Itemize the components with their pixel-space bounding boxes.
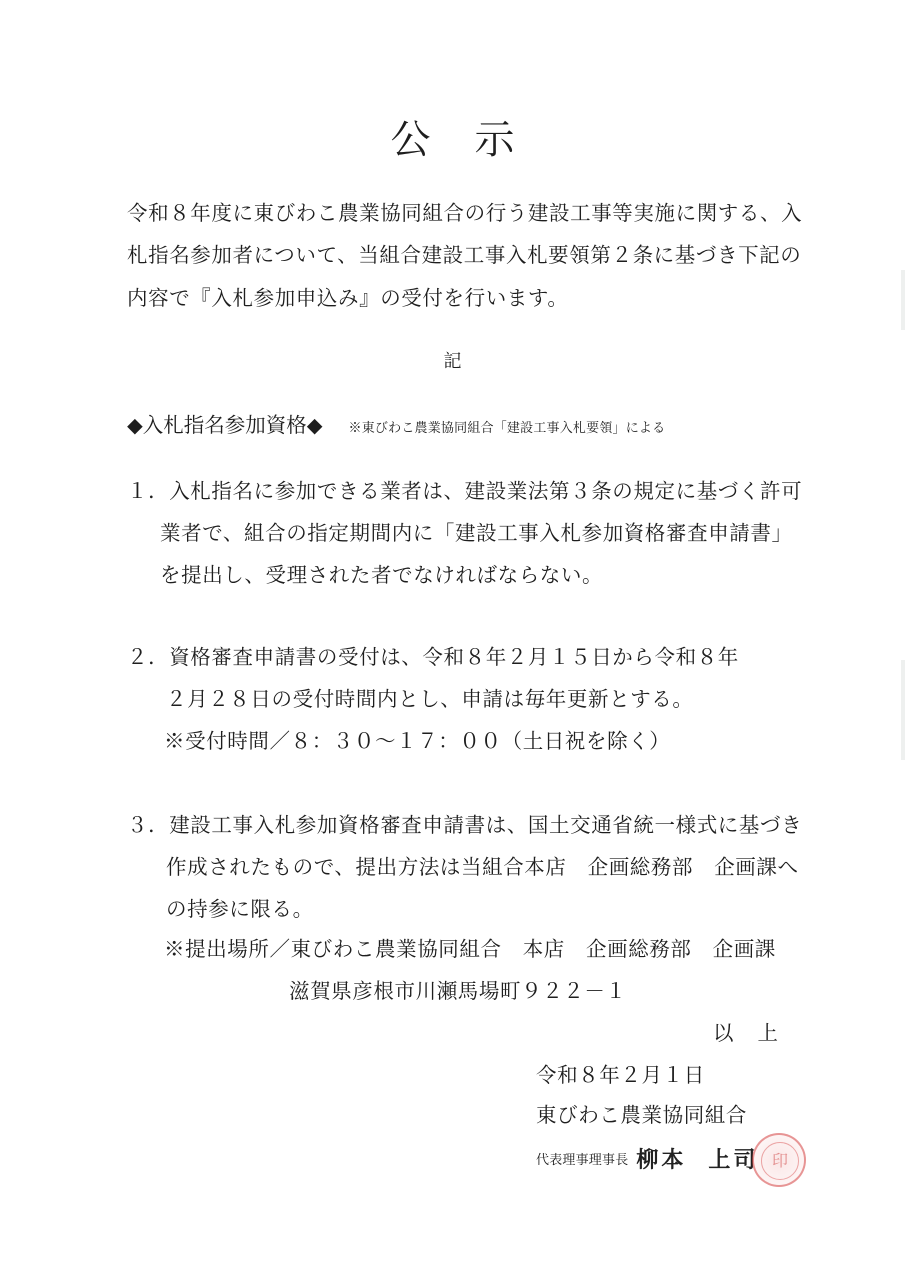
document-page: 公示 令和８年度に東びわこ農業協同組合の行う建設工事等実施に関する、入 札指名参…: [0, 0, 905, 1280]
intro-line-1: 令和８年度に東びわこ農業協同組合の行う建設工事等実施に関する、入: [127, 199, 802, 227]
item-1-line-2: 業者で、組合の指定期間内に「建設工事入札参加資格審査申請書」: [160, 519, 793, 547]
representative-given-name: 上司: [708, 1148, 758, 1173]
representative-surname: 柳本: [636, 1148, 686, 1173]
page-title: 公示: [0, 112, 905, 168]
ki-heading: 記: [0, 350, 905, 374]
item-3-line-2: 作成されたもので、提出方法は当組合本店 企画総務部 企画課へ: [166, 853, 799, 881]
item-2-line-1: ２．資格審査申請書の受付は、令和８年２月１５日から令和８年: [127, 643, 739, 671]
intro-line-2: 札指名参加者について、当組合建設工事入札要領第２条に基づき下記の: [127, 241, 801, 269]
official-seal-icon: 印: [752, 1133, 806, 1187]
submission-location: ※提出場所／東びわこ農業協同組合 本店 企画総務部 企画課: [164, 935, 776, 963]
seal-character: 印: [762, 1143, 798, 1179]
representative-title: 代表理事理事長: [536, 1153, 628, 1168]
section-note: ※東びわこ農業協同組合「建設工事入札要領」による: [349, 421, 666, 436]
item-3-line-1: ３．建設工事入札参加資格審査申請書は、国土交通省統一様式に基づき: [127, 811, 802, 839]
scan-edge-artifact: [901, 660, 905, 760]
signature-organization: 東びわこ農業協同組合: [536, 1101, 747, 1129]
submission-address: 滋賀県彦根市川瀬馬場町９２２－１: [289, 977, 627, 1005]
date-text: 令和８年２月１日: [536, 1061, 705, 1089]
representative-line: 代表理事理事長柳本上司: [536, 1143, 758, 1174]
item-1-line-1: １．入札指名に参加できる業者は、建設業法第３条の規定に基づく許可: [127, 477, 802, 505]
signature-date: 令和８年２月１日: [536, 1061, 705, 1089]
intro-line-3: 内容で『入札参加申込み』の受付を行います。: [127, 284, 568, 312]
item-1-line-3: を提出し、受理された者でなければならない。: [160, 561, 603, 589]
item-2-note: ※受付時間／８：３０～１７：００（土日祝を除く）: [164, 727, 670, 755]
section-heading-text: ◆入札指名参加資格◆: [127, 413, 323, 437]
section-heading: ◆入札指名参加資格◆※東びわこ農業協同組合「建設工事入札要領」による: [127, 411, 665, 443]
scan-edge-artifact: [901, 270, 905, 330]
seal-inner-ring: 印: [761, 1142, 799, 1180]
item-2-line-2: ２月２８日の受付時間内とし、申請は毎年更新とする。: [166, 685, 694, 713]
representative-name: 柳本上司: [636, 1148, 758, 1173]
organization-text: 東びわこ農業協同組合: [536, 1101, 747, 1129]
closing-mark: 以上: [713, 1019, 802, 1047]
item-3-line-3: の持参に限る。: [166, 895, 314, 923]
